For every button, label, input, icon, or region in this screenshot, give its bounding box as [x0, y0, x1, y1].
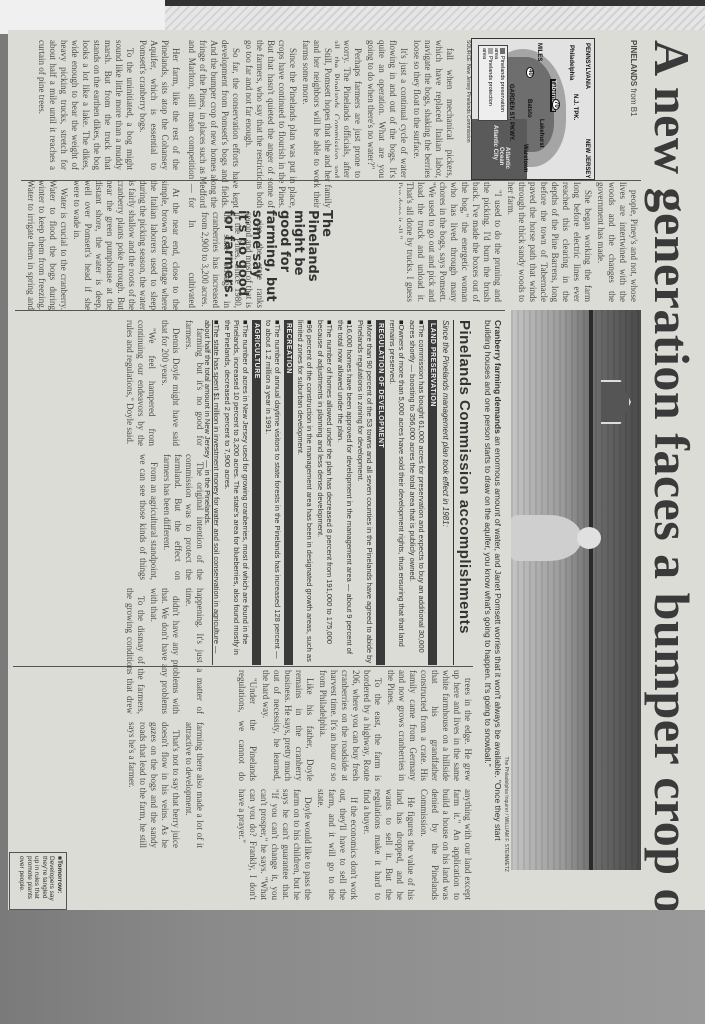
jump-from: from B1	[629, 88, 638, 116]
paragraph: If the economics don't work out, they'll…	[315, 789, 359, 900]
paragraph: He figures the value of his land has dro…	[361, 789, 416, 900]
accomplishment-item: More than 90 percent of the 53 towns and…	[356, 320, 374, 665]
scanner-lid-edge	[0, 0, 165, 34]
legend-item-protection: Pinelands protection area	[481, 48, 493, 118]
legend-swatch-protection	[488, 48, 493, 54]
map-legend: Pinelands preservation area Pinelands pr…	[478, 45, 508, 121]
paragraph: Perhaps farmers are just prone to worry.…	[335, 40, 363, 178]
map-label-parkway: GARDEN ST. PKWY.	[508, 84, 514, 141]
legend-label: Pinelands preservation area	[493, 48, 505, 112]
section-header-land-preservation: LAND PRESERVATION	[428, 320, 437, 665]
paragraph: The original intention of the commission…	[161, 454, 205, 580]
paragraph: trees in the edge. He grew up here and l…	[385, 670, 473, 781]
map-route-70: 70	[552, 99, 560, 110]
legend-label: Pinelands protection area	[481, 48, 493, 106]
accomplishment-item: 96 percent of the construction in the ma…	[296, 320, 314, 665]
paragraph: farming but it's no good for farmers.	[183, 320, 205, 446]
paragraph: She began working the farm long before e…	[505, 182, 593, 302]
paragraph: fall when mechanical pickers, which have…	[411, 40, 455, 178]
paragraph: To the east, the farm is bordered by a h…	[317, 670, 383, 781]
photo-credit: The Philadelphia Inquirer / WILLIAM F. S…	[503, 742, 509, 872]
section-header-agriculture: AGRICULTURE	[252, 320, 261, 665]
paragraph: Doyle would like to pass the farm on to …	[236, 789, 313, 900]
legend-swatch-preservation	[500, 48, 505, 54]
section-header-recreation: RECREATION	[284, 320, 293, 665]
cranberry-bog-photo	[511, 310, 641, 870]
paragraph: In cultivated blueberries, the state als…	[185, 212, 197, 308]
accomplishment-item: The state has spent $1 million in invest…	[203, 320, 221, 665]
paragraph: Since the Pinelands plan was put in plac…	[243, 40, 298, 208]
column-rule	[21, 180, 641, 181]
map-label-new-jersey: NEW JERSEY	[584, 139, 590, 178]
paragraph: Like his father, Doyle remains in the cr…	[260, 670, 315, 781]
paragraph: So far, the conservation efforts have ke…	[183, 40, 241, 208]
column-rule	[13, 666, 473, 667]
jump-label: PINELANDS	[629, 40, 638, 86]
photo-caption: Cranberry farming demands an enormous am…	[483, 320, 503, 870]
paragraph: At the near end, close to the simple, br…	[71, 180, 181, 310]
paragraph: To the uninitiated, a bog might sound li…	[36, 40, 135, 170]
accomplishment-item: Owners of more than 5,000 acres have sol…	[388, 320, 406, 665]
section-header-regulation: REGULATION OF DEVELOPMENT	[376, 320, 385, 665]
accomplishment-item: The number of homes allowed under the pl…	[316, 320, 334, 665]
map-source: SOURCE: New Jersey Pinelands Commission	[465, 40, 471, 143]
article-column-2: fall when mechanical pickers, which have…	[335, 40, 455, 178]
paragraph: Dennis Doyle might have said that for 20…	[159, 320, 181, 446]
accomplishment-item: The commission has bought 61,000 acres f…	[408, 320, 426, 665]
paragraph: didn't have any problems with that. We d…	[148, 588, 181, 714]
photo-dike	[589, 310, 593, 870]
map-label-pennsylvania: PENNSYLVANIA	[584, 43, 590, 89]
map-label-ocean: Atlantic Ocean	[498, 147, 510, 179]
tomorrow-text: Developers say they're tangled up in rul…	[19, 856, 56, 901]
accomplishment-item: The number of acres in New Jersey used f…	[223, 320, 250, 665]
map-route-40: 40	[526, 67, 534, 78]
paragraph: Her farm, like the rest of the Pinelands…	[137, 40, 181, 170]
photo-person-body	[511, 515, 581, 561]
article-column-1: people, Piney's and not, whose lives are…	[399, 182, 639, 302]
paragraph: Still, Pomsett hopes that she and her fa…	[300, 40, 333, 208]
map-label-turnpike: N.J. TPK.	[572, 94, 578, 120]
paragraph: people, Piney's and not, whose lives are…	[595, 182, 639, 302]
paragraph: It's just a continual cycle of water flo…	[365, 40, 409, 178]
newspaper-clipping-frame: A new generation faces a bumper crop of …	[8, 30, 705, 910]
photo-person-head	[577, 527, 601, 549]
tomorrow-label: Tomorrow:	[56, 856, 63, 893]
article-column-3: Still, Pomsett hopes that she and her fa…	[183, 40, 333, 208]
legend-item-preservation: Pinelands preservation area	[493, 48, 505, 118]
accomplishments-subtitle: Since the Pinelands management plan took…	[441, 320, 450, 665]
pinelands-map: PENNSYLVANIA NEW JERSEY Philadelphia N.J…	[471, 38, 595, 180]
article-column-0-lead: PINELANDS from B1	[599, 40, 639, 140]
caption-lead: Cranberry farming demands	[493, 320, 503, 434]
map-label-lakehurst: Lakehurst	[538, 119, 544, 148]
paragraph: rise, the state ranks second and most of…	[199, 212, 265, 308]
column-rule	[15, 310, 505, 311]
paragraph: That's not to say that berry juice doesn…	[126, 722, 181, 848]
paragraph: "I used to do the pruning and the pickin…	[399, 182, 503, 302]
article-column-5: rise, the state ranks second and most of…	[185, 212, 265, 308]
map-label-philadelphia: Philadelphia	[568, 45, 574, 80]
paragraph: "We feel hampered from continuing our en…	[124, 320, 157, 446]
article-column-bottom: farming but it's no good for farmers. De…	[15, 320, 205, 848]
headline: A new generation faces a bumper crop of …	[643, 40, 701, 900]
newspaper-clipping: A new generation faces a bumper crop of …	[8, 30, 705, 910]
accomplishment-item: The number of annual daytime visitors to…	[264, 320, 282, 665]
tomorrow-teaser-box: Tomorrow: Developers say they're tangled…	[9, 852, 67, 910]
map-scale-label: MILES	[536, 43, 542, 61]
accomplishment-item: 16,000 homes have been approved for deve…	[336, 320, 354, 665]
map-label-waretown: Waretown	[522, 144, 528, 172]
accomplishments-box: Pinelands Commission accomplishments Sin…	[212, 320, 473, 665]
article-column-4: Her farm, like the rest of the Pinelands…	[13, 40, 181, 310]
map-label-batsto: Batsto	[526, 99, 532, 118]
accomplishments-title: Pinelands Commission accomplishments	[453, 320, 473, 665]
